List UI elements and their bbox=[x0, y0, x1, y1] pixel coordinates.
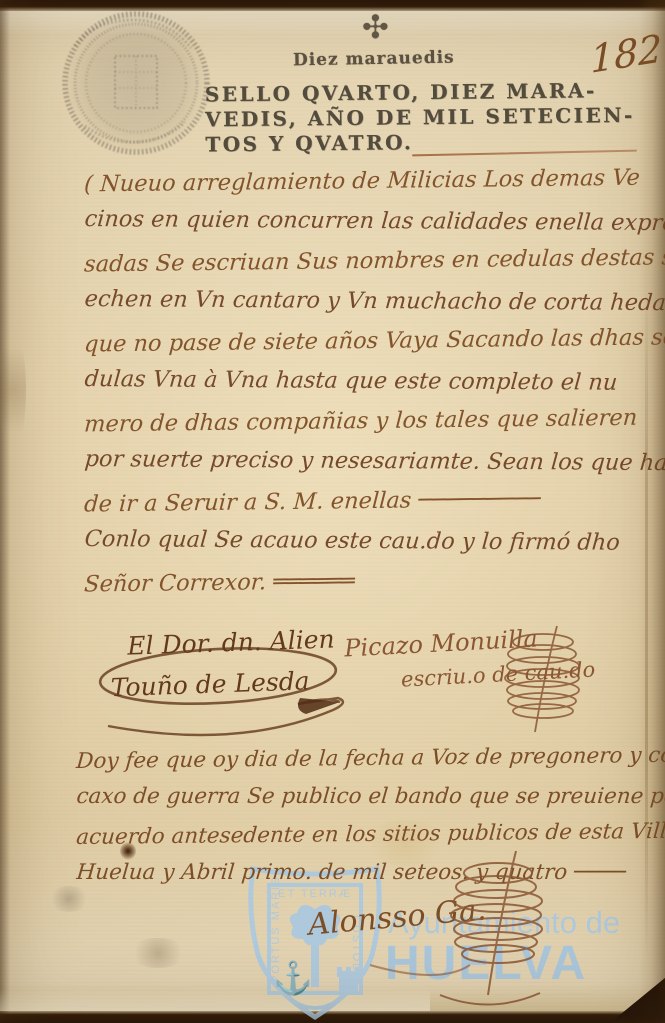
certificate-line: acuerdo antesedente en los sitios public… bbox=[74, 819, 657, 863]
left-signature-rubric-flourish bbox=[88, 638, 358, 748]
manuscript-line: de ir a Seruir a S. M. enellas ───────── bbox=[83, 485, 658, 532]
manuscript-line: ( Nueuo arreglamiento de Milicias Los de… bbox=[83, 165, 658, 212]
royal-seal-stamp bbox=[55, 6, 217, 158]
page-left-edge-shadow bbox=[0, 0, 10, 1023]
manuscript-line: por suerte preciso y nesesariamte. Sean … bbox=[83, 446, 658, 490]
right-signature-coil-rubric bbox=[495, 622, 590, 737]
anchor-icon: ⚓ bbox=[273, 960, 313, 996]
manuscript-line: Señor Correxor. ══════ bbox=[83, 565, 658, 612]
certificate-line: Doy fee que oy dia de la fecha a Voz de … bbox=[74, 743, 657, 787]
manuscript-line: echen en Vn cantaro y Vn muchacho de cor… bbox=[83, 286, 658, 330]
manuscript-line: dulas Vna à Vna hasta que este completo … bbox=[83, 366, 658, 410]
manuscript-line: sadas Se escriuan Sus nombres en cedulas… bbox=[83, 245, 658, 292]
certificate-line: caxo de guerra Se publico el bando que s… bbox=[74, 784, 657, 822]
manuscript-line: que no pase de siete años Vaya Sacando l… bbox=[83, 325, 658, 372]
manuscript-body-paragraph: ( Nueuo arreglamiento de Milicias Los de… bbox=[84, 168, 656, 608]
fiscal-stamp-line-2: VEDIS, AÑO DE MIL SETECIEN- bbox=[205, 103, 655, 133]
manuscript-page: ✣ Diez marauedis SELLO QVARTO, DIEZ MARA… bbox=[0, 0, 665, 1023]
bottom-signature-coil-rubric bbox=[430, 845, 570, 1015]
fiscal-stamp-text: SELLO QVARTO, DIEZ MARA- VEDIS, AÑO DE M… bbox=[205, 78, 656, 158]
tax-value-line: Diez marauedis bbox=[293, 48, 455, 71]
fiscal-stamp-line-3: TOS Y QVATRO. bbox=[205, 128, 655, 158]
manuscript-line: mero de dhas compañias y los tales que s… bbox=[83, 405, 658, 452]
smudge-stain bbox=[128, 938, 188, 968]
manuscript-line: cinos en quien concurren las calidades e… bbox=[83, 206, 658, 250]
certificate-line: Huelua y Abril primo. de mil seteos. y q… bbox=[74, 860, 657, 898]
manuscript-line: Conlo qual Se acauo este cau.do y lo fir… bbox=[83, 526, 658, 570]
tower-icon bbox=[337, 967, 360, 991]
printer-fleuron-icon: ✣ bbox=[362, 8, 389, 46]
